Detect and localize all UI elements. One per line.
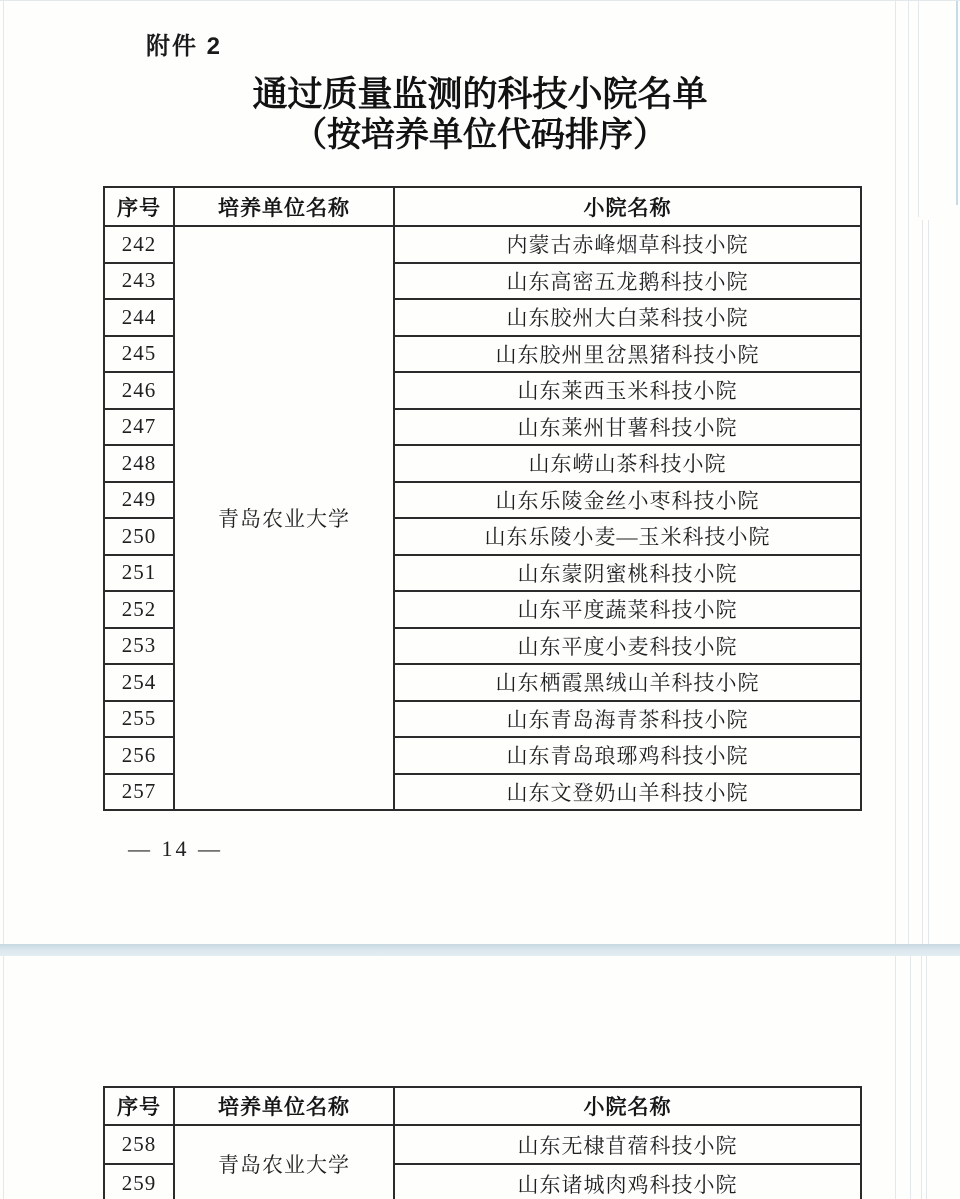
page-edge-line (895, 0, 896, 944)
row-number: 251 (104, 555, 174, 592)
academy-name: 山东无棣苜蓿科技小院 (394, 1125, 861, 1164)
academy-name: 山东平度小麦科技小院 (394, 628, 861, 665)
academy-name: 山东高密五龙鹅科技小院 (394, 263, 861, 300)
table-header-row: 序号 培养单位名称 小院名称 (104, 1087, 861, 1125)
university-cell: 青岛农业大学 (174, 1125, 394, 1199)
row-number: 244 (104, 299, 174, 336)
page-edge-line (922, 220, 923, 944)
row-number: 253 (104, 628, 174, 665)
academy-name: 山东青岛海青茶科技小院 (394, 701, 861, 738)
row-number: 246 (104, 372, 174, 409)
page-edge-line (895, 956, 896, 1199)
academy-name: 山东诸城肉鸡科技小院 (394, 1164, 861, 1199)
document-page-15: 序号 培养单位名称 小院名称 258 青岛农业大学 山东无棣苜蓿科技小院 259… (0, 956, 960, 1199)
page-subtitle: （按培养单位代码排序） (0, 115, 960, 155)
academy-name: 山东栖霞黑绒山羊科技小院 (394, 664, 861, 701)
academy-table-page15: 序号 培养单位名称 小院名称 258 青岛农业大学 山东无棣苜蓿科技小院 259… (103, 1086, 862, 1199)
row-number: 249 (104, 482, 174, 519)
page-edge-line (921, 956, 922, 1199)
row-number: 252 (104, 591, 174, 628)
row-number: 256 (104, 737, 174, 774)
academy-name: 内蒙古赤峰烟草科技小院 (394, 226, 861, 263)
page-edge-line (908, 0, 909, 944)
column-header-academy: 小院名称 (394, 1087, 861, 1125)
page-edge-line (3, 0, 4, 944)
row-number: 257 (104, 774, 174, 811)
page-edge-line (918, 0, 919, 217)
academy-name: 山东崂山茶科技小院 (394, 445, 861, 482)
scan-top-line (0, 0, 960, 1)
scanned-document: 附件 2 通过质量监测的科技小院名单 （按培养单位代码排序） 序号 培养单位名称… (0, 0, 960, 1199)
row-number: 255 (104, 701, 174, 738)
academy-name: 山东乐陵小麦—玉米科技小院 (394, 518, 861, 555)
table-row: 242 青岛农业大学 内蒙古赤峰烟草科技小院 (104, 226, 861, 263)
row-number: 242 (104, 226, 174, 263)
academy-name: 山东莱西玉米科技小院 (394, 372, 861, 409)
academy-name: 山东乐陵金丝小枣科技小院 (394, 482, 861, 519)
row-number: 248 (104, 445, 174, 482)
attachment-label: 附件 2 (146, 26, 222, 61)
row-number: 247 (104, 409, 174, 446)
document-title-block: 通过质量监测的科技小院名单 （按培养单位代码排序） (0, 74, 960, 155)
page-edge-line (926, 956, 927, 1199)
table-row: 258 青岛农业大学 山东无棣苜蓿科技小院 (104, 1125, 861, 1164)
academy-name: 山东蒙阴蜜桃科技小院 (394, 555, 861, 592)
page-title: 通过质量监测的科技小院名单 (0, 74, 960, 115)
row-number: 250 (104, 518, 174, 555)
column-header-serial: 序号 (104, 187, 174, 226)
academy-table-page14: 序号 培养单位名称 小院名称 242 青岛农业大学 内蒙古赤峰烟草科技小院 24… (103, 186, 862, 811)
row-number: 243 (104, 263, 174, 300)
page-separator-band (0, 944, 960, 956)
row-number: 258 (104, 1125, 174, 1164)
academy-name: 山东莱州甘薯科技小院 (394, 409, 861, 446)
academy-name: 山东青岛琅琊鸡科技小院 (394, 737, 861, 774)
column-header-serial: 序号 (104, 1087, 174, 1125)
page-number: — 14 — (128, 836, 223, 862)
column-header-academy: 小院名称 (394, 187, 861, 226)
row-number: 245 (104, 336, 174, 373)
document-page-14: 附件 2 通过质量监测的科技小院名单 （按培养单位代码排序） 序号 培养单位名称… (0, 0, 960, 944)
academy-name: 山东平度蔬菜科技小院 (394, 591, 861, 628)
page-edge-line (956, 0, 958, 205)
page-edge-line (910, 956, 911, 1199)
row-number: 254 (104, 664, 174, 701)
academy-name: 山东文登奶山羊科技小院 (394, 774, 861, 811)
row-number: 259 (104, 1164, 174, 1199)
column-header-university: 培养单位名称 (174, 1087, 394, 1125)
academy-name: 山东胶州里岔黑猪科技小院 (394, 336, 861, 373)
page-edge-line (928, 220, 929, 944)
academy-name: 山东胶州大白菜科技小院 (394, 299, 861, 336)
university-cell: 青岛农业大学 (174, 226, 394, 810)
page-edge-line (3, 956, 4, 1199)
column-header-university: 培养单位名称 (174, 187, 394, 226)
table-header-row: 序号 培养单位名称 小院名称 (104, 187, 861, 226)
